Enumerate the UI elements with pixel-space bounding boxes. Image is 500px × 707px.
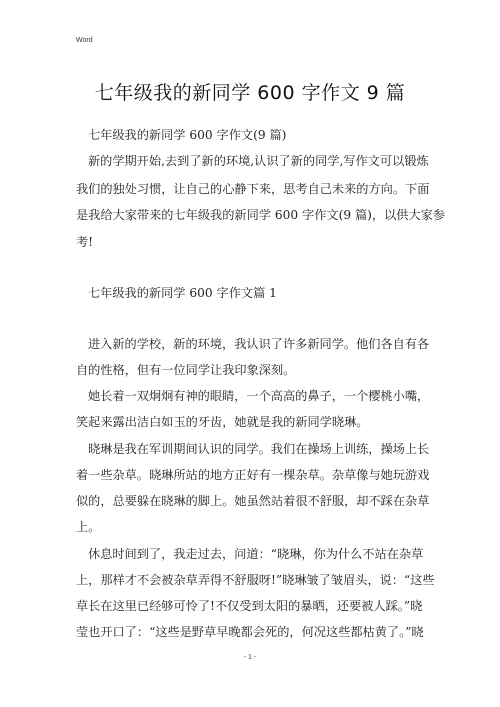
header-label: Word bbox=[76, 37, 93, 44]
paragraph-line: 考! bbox=[76, 233, 93, 250]
paragraph-line: 我们的独处习惯，让自己的心静下来，思考自己未来的方向。下面 bbox=[76, 180, 429, 197]
paragraph-line: 新的学期开始,去到了新的环境,认识了新的同学,写作文可以锻炼 bbox=[88, 152, 429, 169]
paragraph-line: 上，那样才不会被杂草弄得不舒服呀!”晓琳皱了皱眉头，说：“这些 bbox=[76, 571, 435, 588]
paragraph-line: 七年级我的新同学 600 字作文(9 篇) bbox=[88, 126, 286, 143]
document-title: 七年级我的新同学 600 字作文 9 篇 bbox=[0, 78, 500, 105]
paragraph-line: 她长着一双炯炯有神的眼睛，一个高高的鼻子，一个樱桃小嘴， bbox=[88, 387, 429, 404]
paragraph-line: 进入新的学校，新的环境，我认识了许多新同学。他们各自有各 bbox=[88, 335, 429, 352]
paragraph-line: 晓琳是我在军训期间认识的同学。我们在操场上训练，操场上长 bbox=[88, 440, 429, 457]
paragraph-line: 着一些杂草。晓琳所站的地方正好有一棵杂草。杂草像与她玩游戏 bbox=[76, 466, 429, 483]
page-number: - 1 - bbox=[0, 654, 500, 661]
paragraph-line: 笑起来露出洁白如玉的牙齿，她就是我的新同学晓琳。 bbox=[76, 413, 369, 430]
paragraph-line: 莹也开口了：“这些是野草早晚都会死的，何况这些都枯黄了。”晓 bbox=[76, 623, 424, 640]
paragraph-line: 休息时间到了，我走过去，问道：“晓琳，你为什么不站在杂草 bbox=[88, 545, 423, 562]
paragraph-line: 自的性格，但有一位同学让我印象深刻。 bbox=[76, 361, 295, 378]
paragraph-line: 似的，总要躲在晓琳的脚上。她虽然站着很不舒服，却不踩在杂草 bbox=[76, 492, 429, 509]
paragraph-line: 七年级我的新同学 600 字作文篇 1 bbox=[88, 284, 277, 301]
paragraph-line: 草长在这里已经够可怜了!不仅受到太阳的暴晒，还要被人踩。”晓 bbox=[76, 597, 422, 614]
paragraph-line: 是我给大家带来的七年级我的新同学 600 字作文(9 篇)，以供大家参 bbox=[76, 206, 445, 223]
paragraph-line: 上。 bbox=[76, 518, 100, 535]
